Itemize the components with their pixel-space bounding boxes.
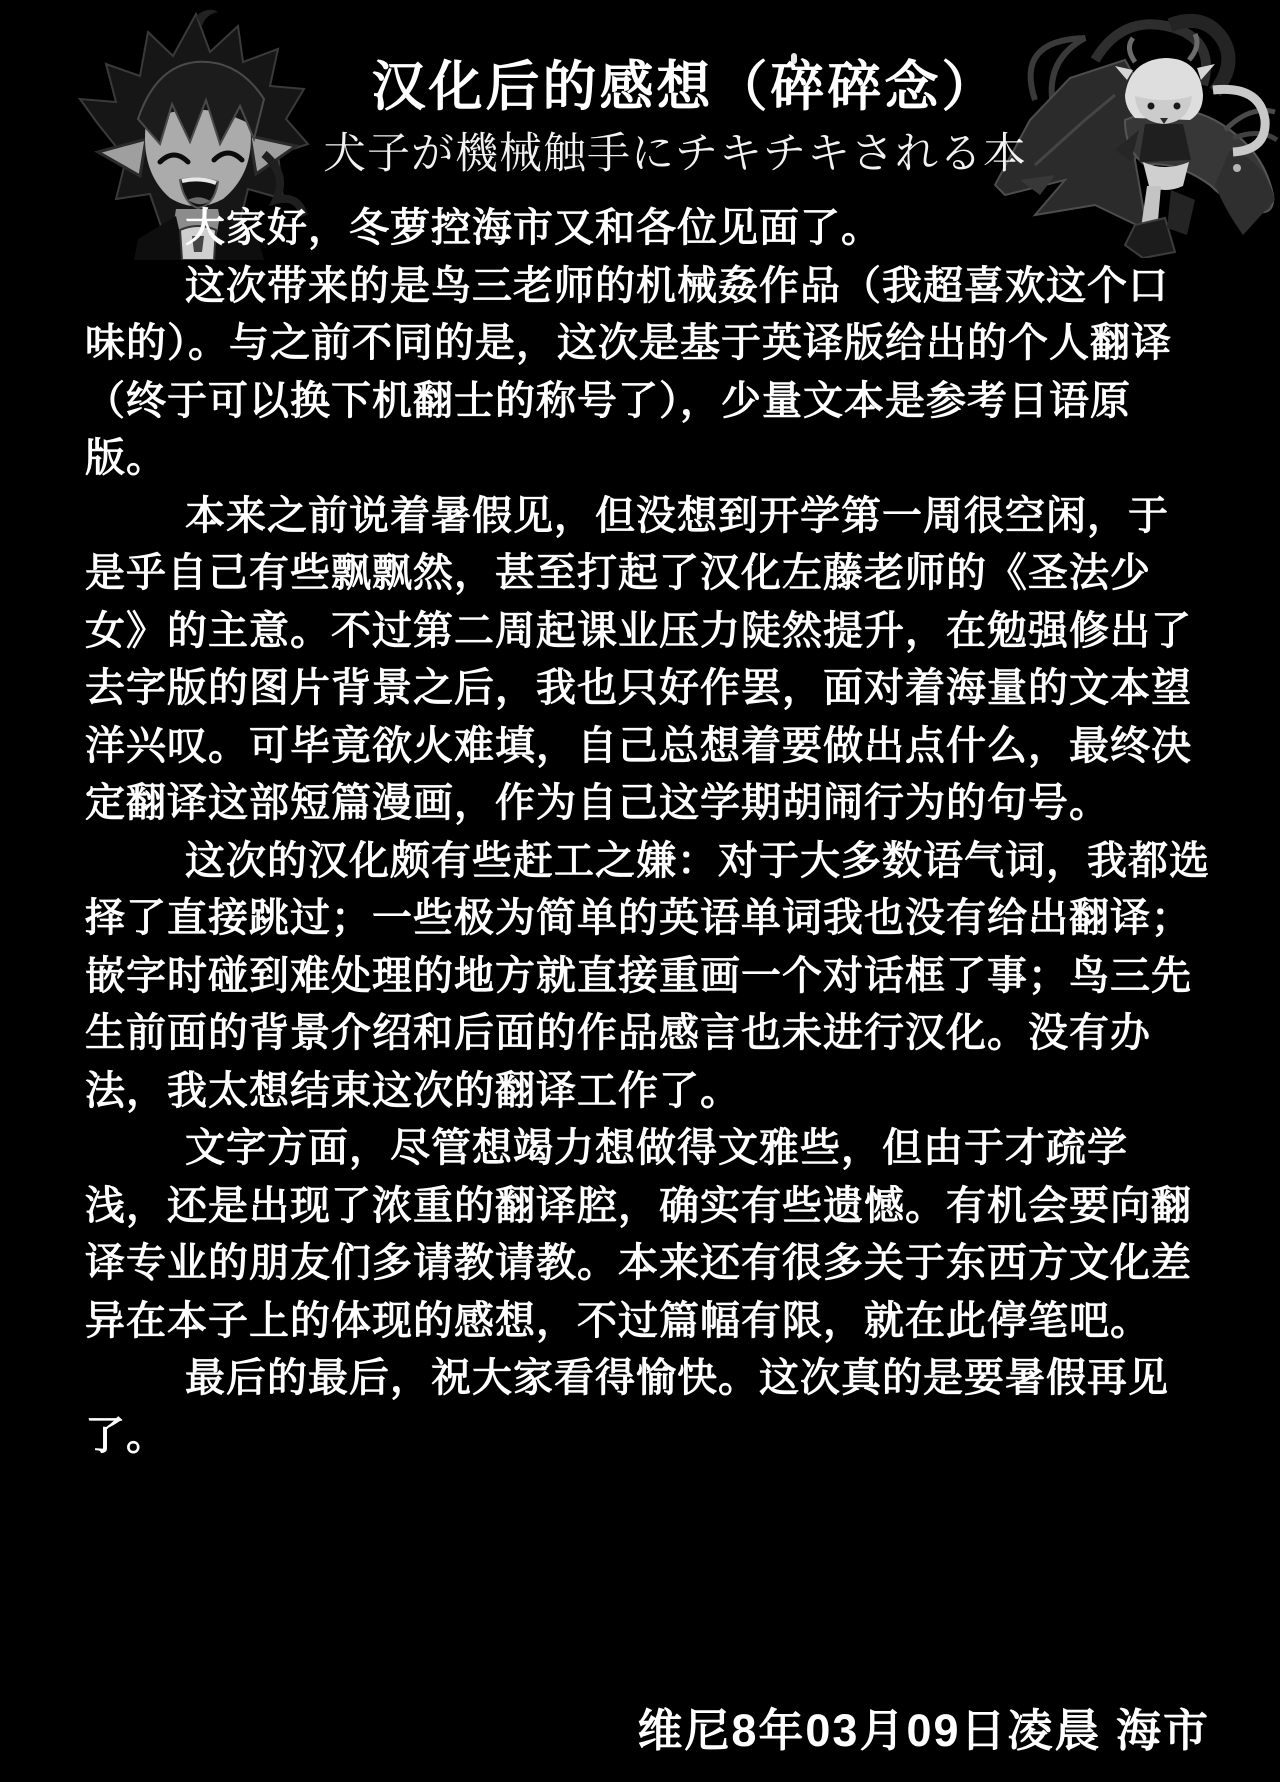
header: 汉化后的感想（碎碎念） 犬子が機械触手にチキチキされる本 <box>0 0 1280 215</box>
text-line: 洋兴叹。可毕竟欲火难填，自己总想着要做出点什么，最终决 <box>85 718 1207 776</box>
afterword-text: 大家好，冬萝控海市又和各位见面了。这次带来的是鸟三老师的机械姦作品（我超喜欢这个… <box>85 200 1207 1465</box>
text-line: 法，我太想结束这次的翻译工作了。 <box>85 1063 1207 1121</box>
text-line: 择了直接跳过；一些极为简单的英语单词我也没有给出翻译； <box>85 890 1207 948</box>
text-line: 译专业的朋友们多请教请教。本来还有很多关于东西方文化差 <box>85 1235 1207 1293</box>
text-line: 这次带来的是鸟三老师的机械姦作品（我超喜欢这个口 <box>85 258 1207 316</box>
text-line: 浅，还是出现了浓重的翻译腔，确实有些遗憾。有机会要向翻 <box>85 1178 1207 1236</box>
text-line: 最后的最后，祝大家看得愉快。这次真的是要暑假再见 <box>85 1350 1207 1408</box>
text-line: 这次的汉化颇有些赶工之嫌：对于大多数语气词，我都选 <box>85 833 1207 891</box>
text-line: 文字方面，尽管想竭力想做得文雅些，但由于才疏学 <box>85 1120 1207 1178</box>
text-line: 生前面的背景介绍和后面的作品感言也未进行汉化。没有办 <box>85 1005 1207 1063</box>
text-line: 女》的主意。不过第二周起课业压力陡然提升，在勉强修出了 <box>85 603 1207 661</box>
text-line: 是乎自己有些飘飘然，甚至打起了汉化左藤老师的《圣法少 <box>85 545 1207 603</box>
signature-dateline: 维尼8年03月09日凌晨 海市 <box>637 1694 1210 1759</box>
text-line: 了。 <box>85 1408 1207 1466</box>
text-line: 嵌字时碰到难处理的地方就直接重画一个对话框了事；鸟三先 <box>85 948 1207 1006</box>
text-line: 味的）。与之前不同的是，这次是基于英译版给出的个人翻译 <box>85 315 1207 373</box>
text-line: 本来之前说着暑假见，但没想到开学第一周很空闲，于 <box>85 488 1207 546</box>
text-line: 大家好，冬萝控海市又和各位见面了。 <box>85 200 1207 258</box>
text-line: （终于可以换下机翻士的称号了），少量文本是参考日语原 <box>85 373 1207 431</box>
text-line: 定翻译这部短篇漫画，作为自己这学期胡闹行为的句号。 <box>85 775 1207 833</box>
text-line: 去字版的图片背景之后，我也只好作罢，面对着海量的文本望 <box>85 660 1207 718</box>
text-line: 异在本子上的体现的感想，不过篇幅有限，就在此停笔吧。 <box>85 1293 1207 1351</box>
page-subtitle-japanese: 犬子が機械触手にチキチキされる本 <box>0 120 1280 181</box>
text-line: 版。 <box>85 430 1207 488</box>
page-title: 汉化后的感想（碎碎念） <box>0 44 1280 121</box>
